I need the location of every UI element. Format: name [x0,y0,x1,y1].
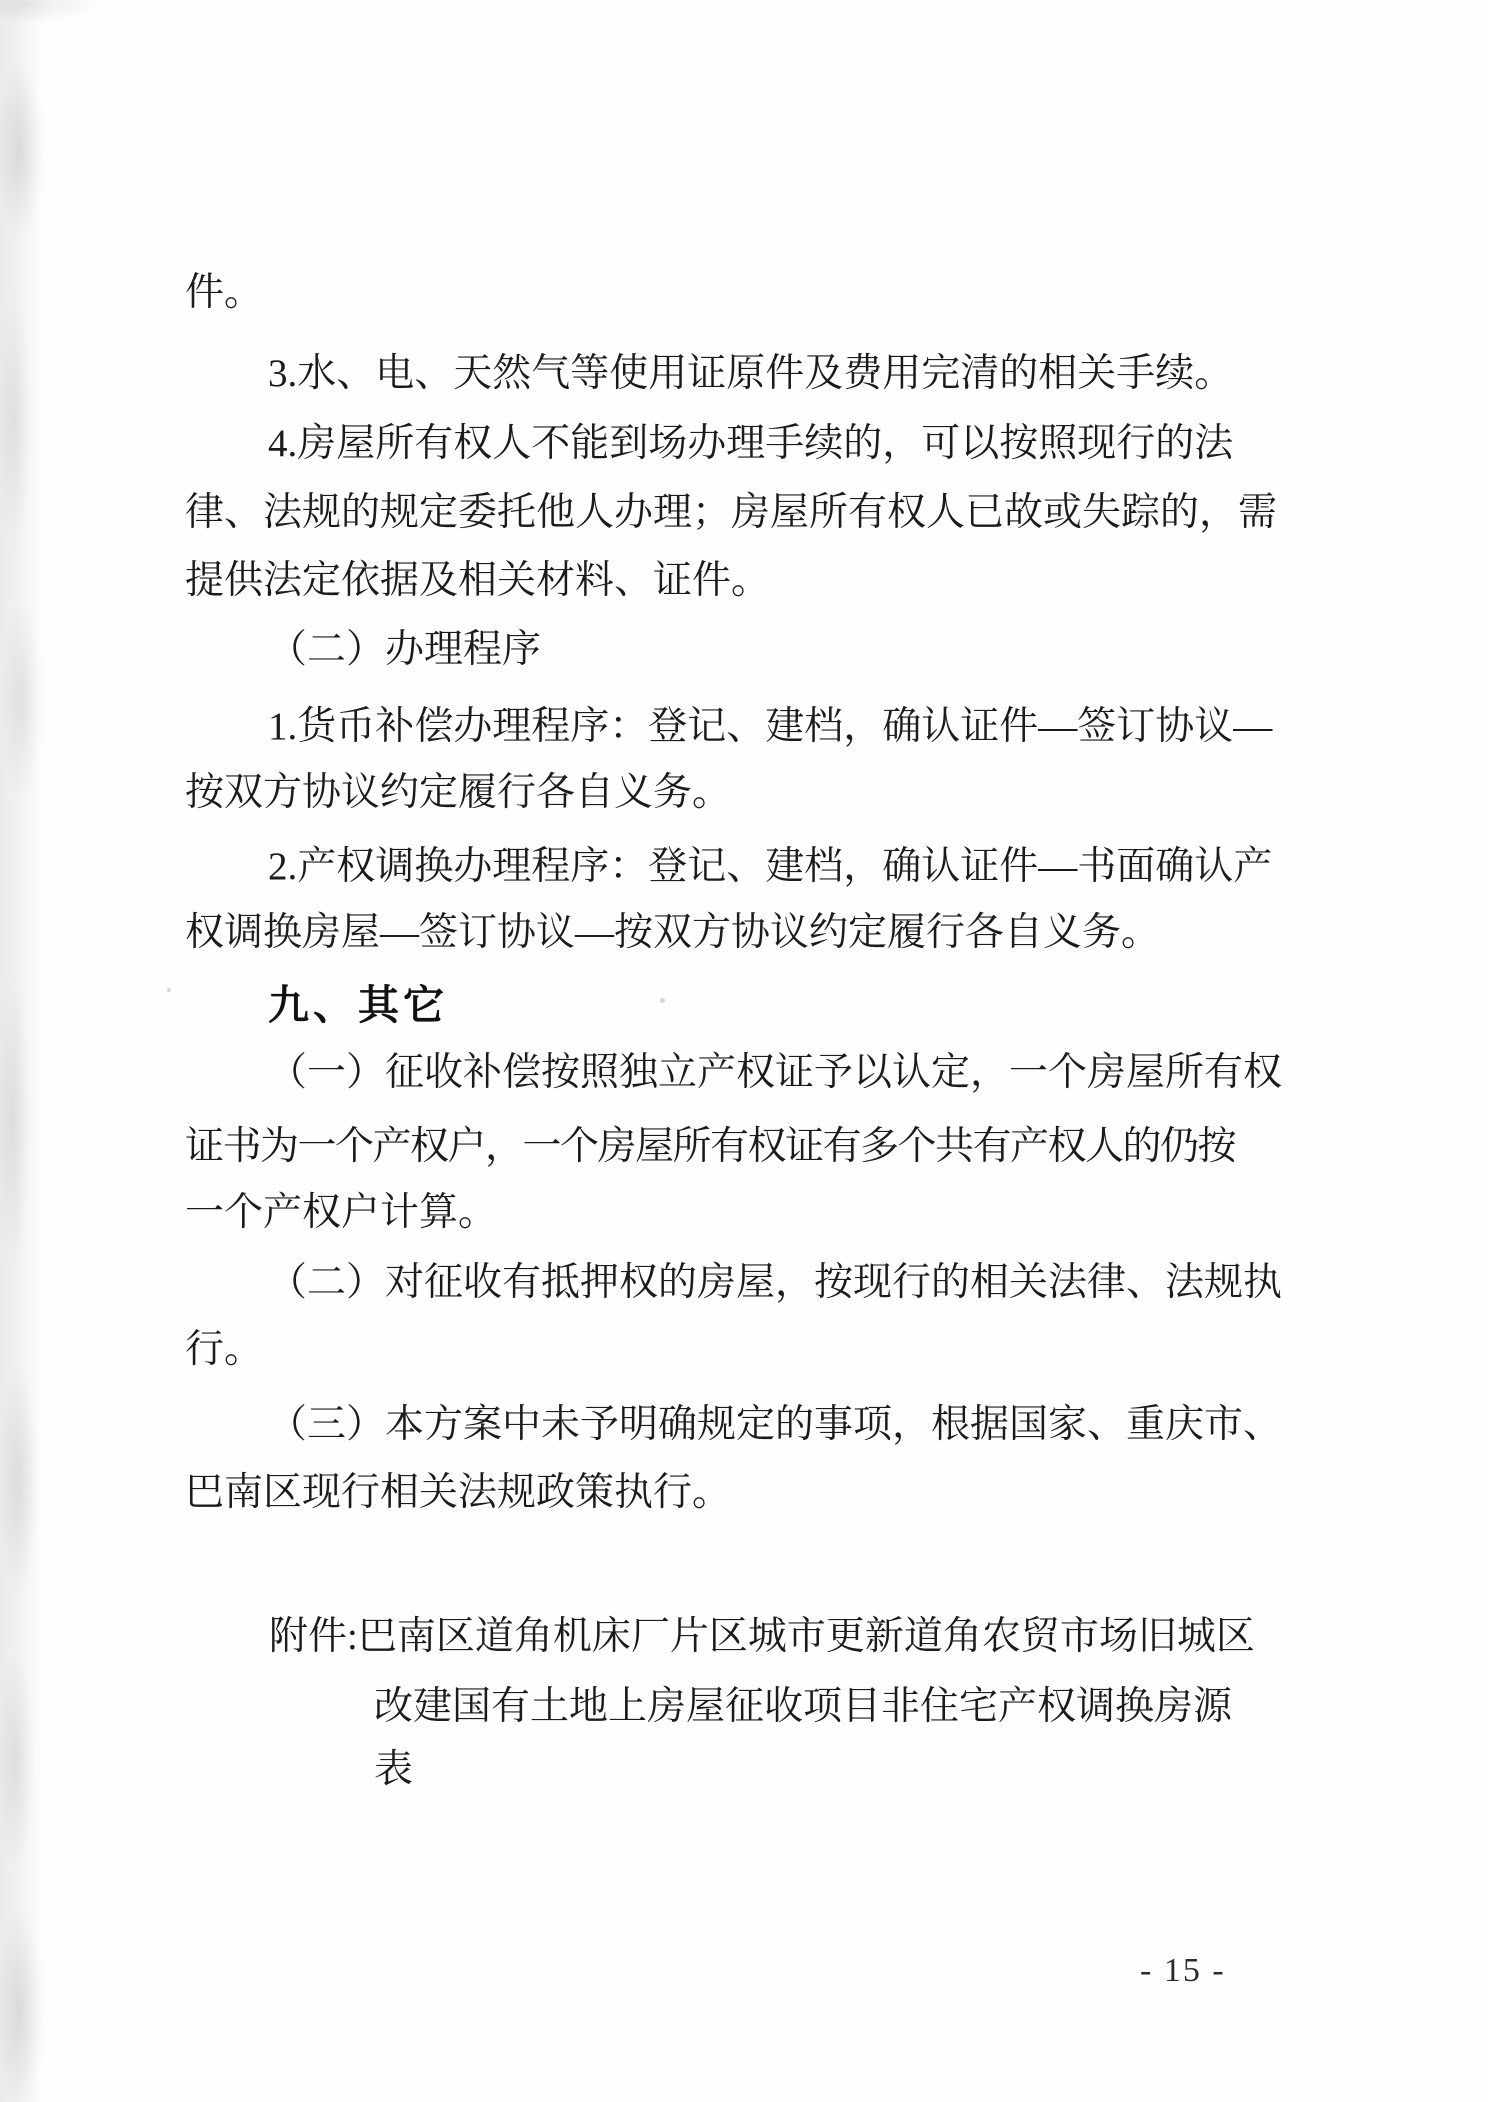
document-line: 2.产权调换办理程序：登记、建档，确认证件—书面确认产 [268,841,1272,893]
document-line: （二）对征收有抵押权的房屋，按现行的相关法律、法规执 [268,1257,1282,1309]
document-line: 证书为一个产权户，一个房屋所有权证有多个共有产权人的仍按 [185,1121,1235,1173]
document-line: 按双方协议约定履行各自义务。 [185,767,731,819]
section-heading: 九、其它 [268,979,448,1031]
scan-speck [660,998,665,1003]
document-line: （一）征收补偿按照独立产权证予以认定，一个房屋所有权 [268,1047,1282,1099]
document-line: 权调换房屋—签订协议—按双方协议约定履行各自义务。 [185,907,1160,959]
scan-artifact-top-corner [0,0,120,40]
document-line: 巴南区现行相关法规政策执行。 [185,1467,731,1519]
scan-speck [167,988,171,992]
document-line: 律、法规的规定委托他人办理；房屋所有权人已故或失踪的，需 [185,487,1277,539]
document-line: 3.水、电、天然气等使用证原件及费用完清的相关手续。 [268,348,1233,400]
document-line: 1.货币补偿办理程序：登记、建档，确认证件—签订协议— [268,701,1272,753]
page-number: - 15 - [1140,1952,1226,1990]
document-line: 4.房屋所有权人不能到场办理手续的，可以按照现行的法 [268,418,1233,470]
attachment-continuation-line: 改建国有土地上房屋征收项目非住宅产权调换房源 [374,1681,1232,1733]
document-page: 件。 3.水、电、天然气等使用证原件及费用完清的相关手续。 4.房屋所有权人不能… [0,0,1488,2102]
attachment-continuation-line: 表 [374,1744,413,1796]
document-line: 提供法定依据及相关材料、证件。 [185,555,770,607]
document-line: （三）本方案中未予明确规定的事项，根据国家、重庆市、 [268,1399,1282,1451]
document-line: 一个产权户计算。 [185,1187,497,1239]
document-line: 件。 [185,267,263,319]
document-line: （二）办理程序 [268,624,541,676]
attachment-label-line: 附件:巴南区道角机床厂片区城市更新道角农贸市场旧城区 [269,1611,1255,1663]
document-line: 行。 [185,1324,263,1376]
scan-artifact-left-edge [0,0,56,2102]
